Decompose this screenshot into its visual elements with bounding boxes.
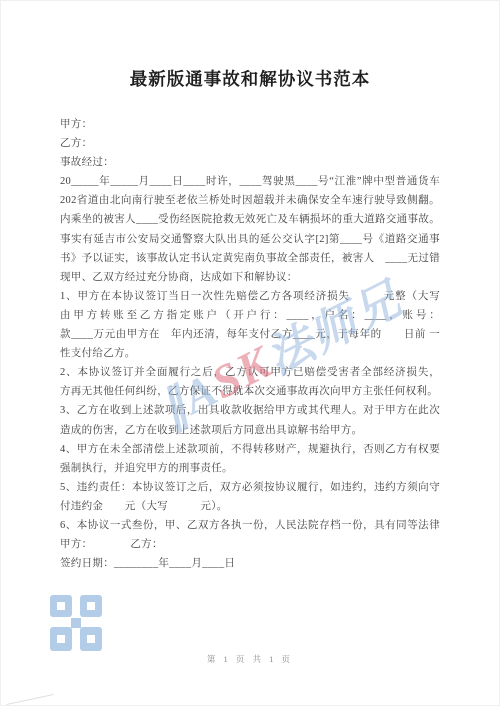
document-line: 性支付给乙方。 — [60, 344, 440, 363]
document-line: 3、乙方在收到上述款项后，出具收款收据给甲方或其代理人。对于甲方在此次事故所 — [60, 401, 440, 420]
document-line: 20_____年_____月____日____时许，____驾驶黑____号“江… — [60, 172, 440, 191]
page-corner-mark — [6, 694, 53, 705]
document-line: 甲方： — [60, 115, 440, 134]
document-line: 签约日期：________年____月____日 — [60, 554, 440, 573]
watermark-logo-icon — [50, 595, 102, 656]
document-line: 方再无其他任何纠纷，乙方保证不得就本次交通事故再次向甲方主张任何权利。 — [60, 382, 440, 401]
document-line: 2、本协议签订并全面履行之后，乙方认可甲方已赔偿受害者全部经济损失，甲、乙双 — [60, 363, 440, 382]
document-line: 事实有延吉市公安局交通警察大队出具的延公交认字[2]第____号《道路交通事故认… — [60, 230, 440, 249]
document-line: 1、甲方在本协议签订当日一次性先赔偿乙方各项经济损失 元整（大写 元整）， — [60, 287, 440, 306]
document-line: 事故经过： — [60, 153, 440, 172]
document-line: 由甲方转账至乙方指定账户（开户行：____，户名：____，账号：_______… — [60, 306, 440, 325]
document-line: 书》予以证实，该事故认定书认定黄宪南负事故全部责任，被害人 ____无过错行为。 — [60, 249, 440, 268]
document-line: 强制执行，并追究甲方的刑事责任。 — [60, 459, 440, 478]
document-line: 5、违约责任：本协议签订之后，双方必须按协议履行，如违约，违约方须向守约方支 — [60, 478, 440, 497]
document-title: 最新版通事故和解协议书范本 — [0, 66, 500, 91]
document-body: 甲方：乙方：事故经过：20_____年_____月____日____时许，___… — [60, 115, 440, 573]
document-line: 付违约金 元（大写 元）。 — [60, 497, 440, 516]
document-page: 最新版通事故和解协议书范本 甲方：乙方：事故经过：20_____年_____月_… — [0, 0, 500, 706]
document-line: 202省道由北向南行驶至老依兰桥处时因超载并未确保安全车速行驶导致侧翻。造成车 — [60, 191, 440, 210]
document-line: 现甲、乙双方经过充分协商，达成如下和解协议： — [60, 268, 440, 287]
document-line: 造成的伤害，乙方在收到上述款项后方同意出具谅解书给甲方。 — [60, 421, 440, 440]
document-line: 内乘坐的被害人____受伤经医院抢救无效死亡及车辆损坏的重大道路交通事故。以上 — [60, 210, 440, 229]
document-line: 乙方： — [60, 134, 440, 153]
document-line: 甲方： 乙方： — [60, 535, 440, 554]
document-line: 4、甲方在未全部清偿上述款项前，不得转移财产，规避执行，否则乙方有权要求法院 — [60, 440, 440, 459]
document-line: 款____万元由甲方在 年内还清，每年支付乙方____元，于每年的 日前 一次 — [60, 325, 440, 344]
document-line: 6、本协议一式叁份，甲、乙双方各执一份，人民法院存档一份，具有同等法律效力。 — [60, 516, 440, 535]
